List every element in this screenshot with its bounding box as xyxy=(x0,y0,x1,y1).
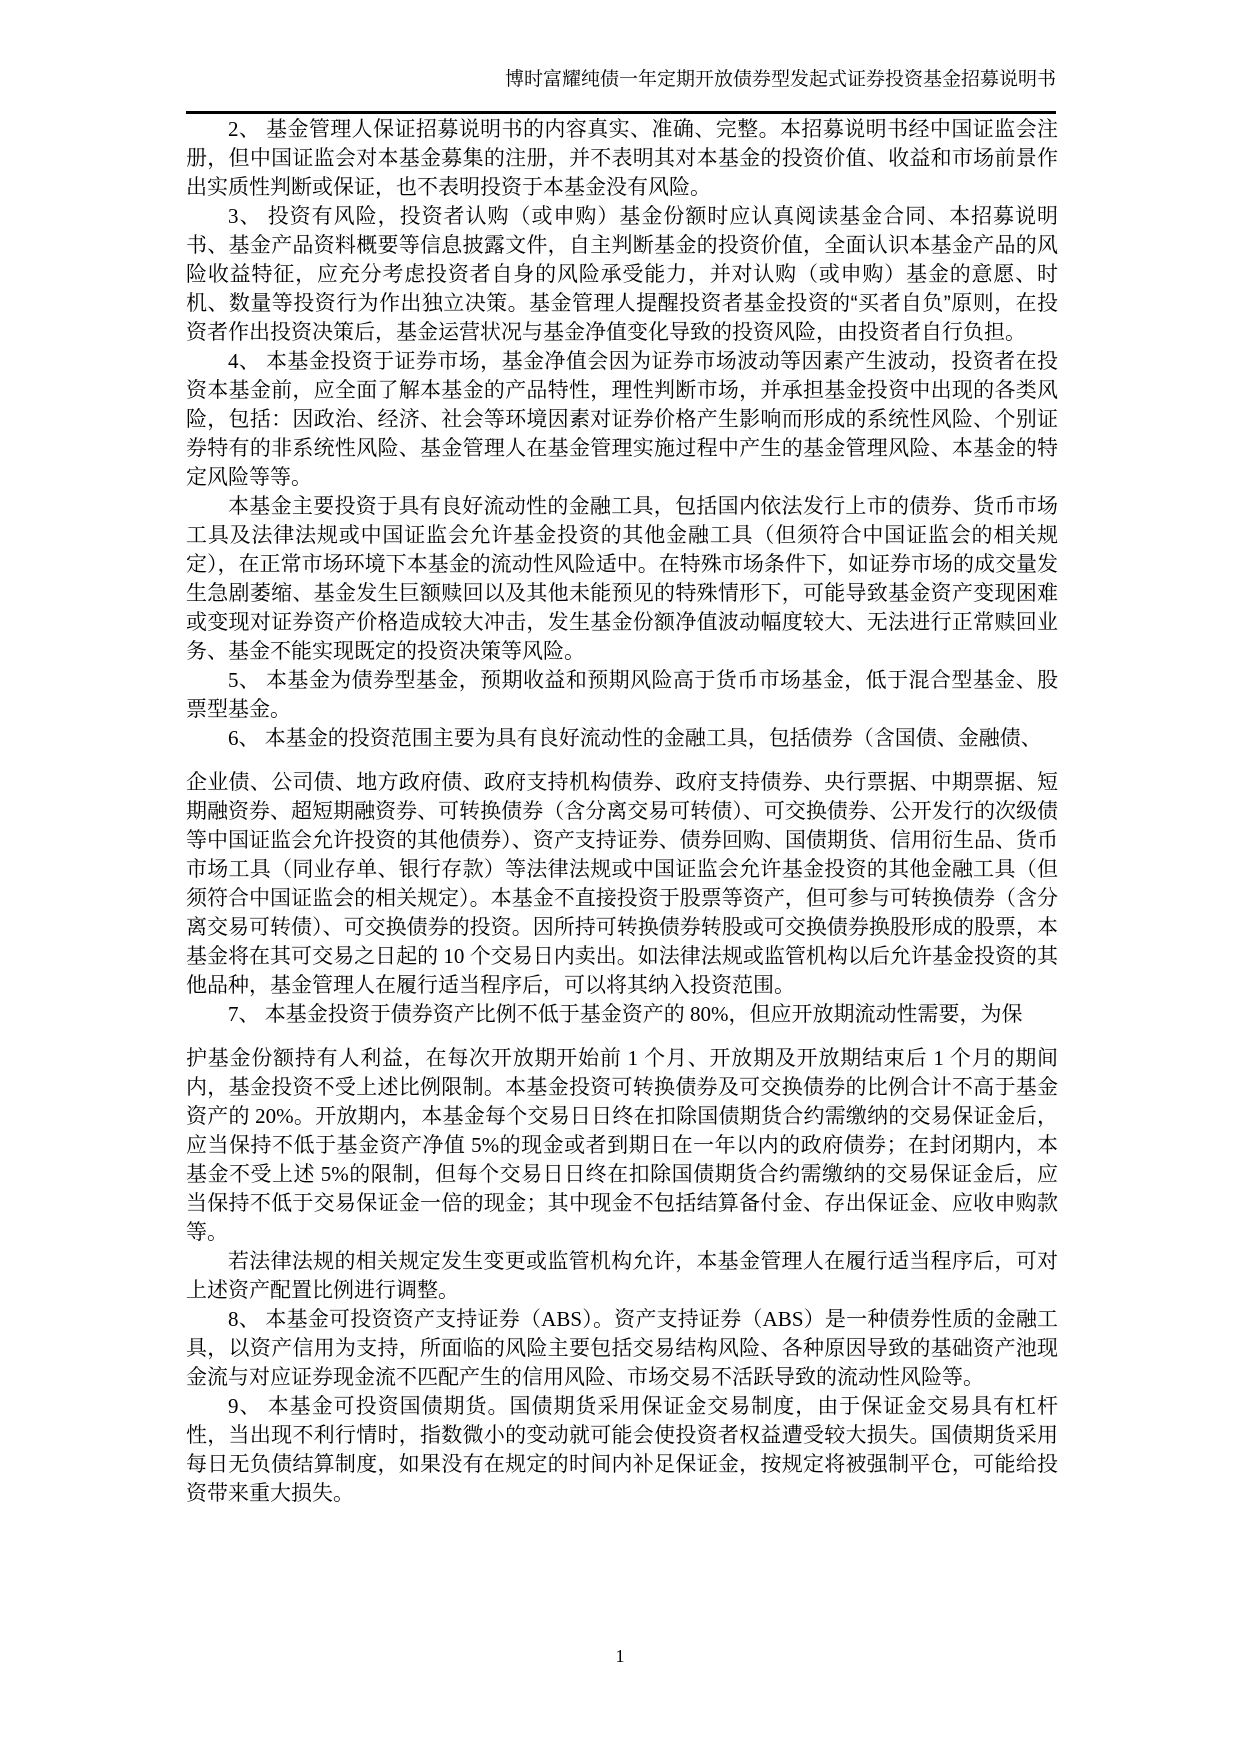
paragraph: 9、 本基金可投资国债期货。国债期货采用保证金交易制度，由于保证金交易具有杠杆性… xyxy=(186,1392,1058,1508)
paragraph: 本基金主要投资于具有良好流动性的金融工具，包括国内依法发行上市的债券、货币市场工… xyxy=(186,492,1058,666)
paragraph: 4、 本基金投资于证券市场，基金净值会因为证券市场波动等因素产生波动，投资者在投… xyxy=(186,347,1058,492)
paragraph: 护基金份额持有人利益，在每次开放期开始前 1 个月、开放期及开放期结束后 1 个… xyxy=(186,1044,1058,1247)
paragraph: 5、 本基金为债券型基金，预期收益和预期风险高于货币市场基金，低于混合型基金、股… xyxy=(186,666,1058,724)
paragraph: 6、 本基金的投资范围主要为具有良好流动性的金融工具，包括债券（含国债、金融债、 xyxy=(186,724,1058,753)
header-rule xyxy=(186,111,1056,114)
document-page: 博时富耀纯债一年定期开放债券型发起式证券投资基金招募说明书 2、 基金管理人保证… xyxy=(0,0,1240,1754)
page-number: 1 xyxy=(0,1646,1240,1667)
running-header: 博时富耀纯债一年定期开放债券型发起式证券投资基金招募说明书 xyxy=(186,68,1056,92)
paragraph: 3、 投资有风险，投资者认购（或申购）基金份额时应认真阅读基金合同、本招募说明书… xyxy=(186,202,1058,347)
paragraph: 7、 本基金投资于债券资产比例不低于基金资产的 80%，但应开放期流动性需要，为… xyxy=(186,1000,1058,1029)
paragraph: 2、 基金管理人保证招募说明书的内容真实、准确、完整。本招募说明书经中国证监会注… xyxy=(186,115,1058,202)
paragraph: 企业债、公司债、地方政府债、政府支持机构债券、政府支持债券、央行票据、中期票据、… xyxy=(186,768,1058,1000)
paragraph: 8、 本基金可投资资产支持证券（ABS）。资产支持证券（ABS）是一种债券性质的… xyxy=(186,1305,1058,1392)
paragraph: 若法律法规的相关规定发生变更或监管机构允许，本基金管理人在履行适当程序后，可对上… xyxy=(186,1247,1058,1305)
document-body: 2、 基金管理人保证招募说明书的内容真实、准确、完整。本招募说明书经中国证监会注… xyxy=(186,115,1058,1508)
header-title: 博时富耀纯债一年定期开放债券型发起式证券投资基金招募说明书 xyxy=(505,69,1056,90)
